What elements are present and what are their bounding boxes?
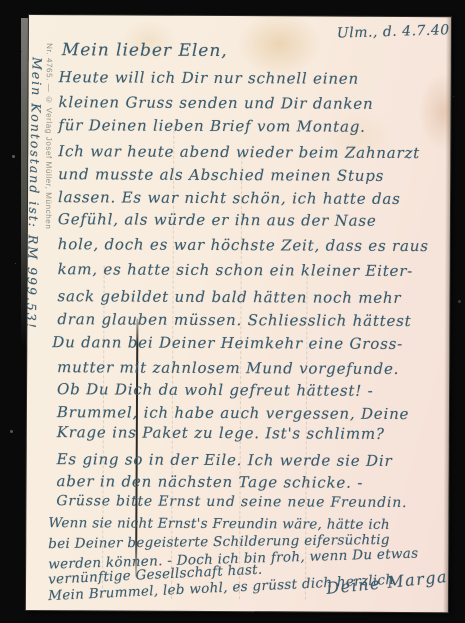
letter-line: Ob Du Dich da wohl gefreut hättest! - <box>57 380 374 400</box>
date-line: Ulm., d. 4.7.40 <box>337 22 450 41</box>
letter-line: Gefühl, als würde er ihn aus der Nase <box>58 210 377 230</box>
letter-line: Heute will ich Dir nur schnell einen <box>59 68 359 88</box>
dust-specks <box>12 155 15 158</box>
letter-line: Es ging so in der Eile. Ich werde sie Di… <box>57 450 393 470</box>
letter-line: kam, es hatte sich schon ein kleiner Eit… <box>58 260 414 280</box>
letter-line: Krage ins Paket zu lege. Ist's schlimm? <box>57 423 385 443</box>
letter-line: Wenn sie nicht Ernst's Freundin wäre, hä… <box>48 515 390 533</box>
letter-line: mutter mit zahnlosem Mund vorgefunde. <box>57 358 399 378</box>
card-edge-shadow <box>443 17 451 612</box>
letter-body: Heute will ich Dir nur schnell einen kle… <box>29 15 451 17</box>
letter-line: Ich war heute abend wieder beim Zahnarzt <box>58 142 420 162</box>
letter-line: und musste als Abschied meinen Stups <box>58 165 384 185</box>
greeting-line: Mein lieber Elen, <box>62 40 228 61</box>
letter-line: kleinen Gruss senden und Dir danken <box>58 93 373 113</box>
letter-line: hole, doch es war höchste Zeit, dass es … <box>58 235 429 255</box>
letter-line: sack gebildet und bald hätten noch mehr <box>57 287 401 307</box>
letter-line: Brummel, ich habe auch vergessen, Deine <box>57 403 409 423</box>
postcard: Nr. 4765. — © Verlag Josef Müller, Münch… <box>26 15 451 612</box>
publisher-imprint: Nr. 4765. — © Verlag Josef Müller, Münch… <box>44 43 54 283</box>
letter-line: Grüsse bitte Ernst und seine neue Freund… <box>56 493 407 511</box>
letter-line: für Deinen lieben Brief vom Montag. <box>58 116 365 136</box>
scan-backdrop: Nr. 4765. — © Verlag Josef Müller, Münch… <box>0 0 465 623</box>
letter-line: Du dann bei Deiner Heimkehr eine Gross- <box>52 333 403 353</box>
letter-line: lassen. Es war nicht schön, ich hatte da… <box>58 188 401 208</box>
letter-line: dran glauben müssen. Schliesslich hättes… <box>57 310 411 330</box>
letter-line: aber in den nächsten Tage schicke. - <box>57 472 364 492</box>
